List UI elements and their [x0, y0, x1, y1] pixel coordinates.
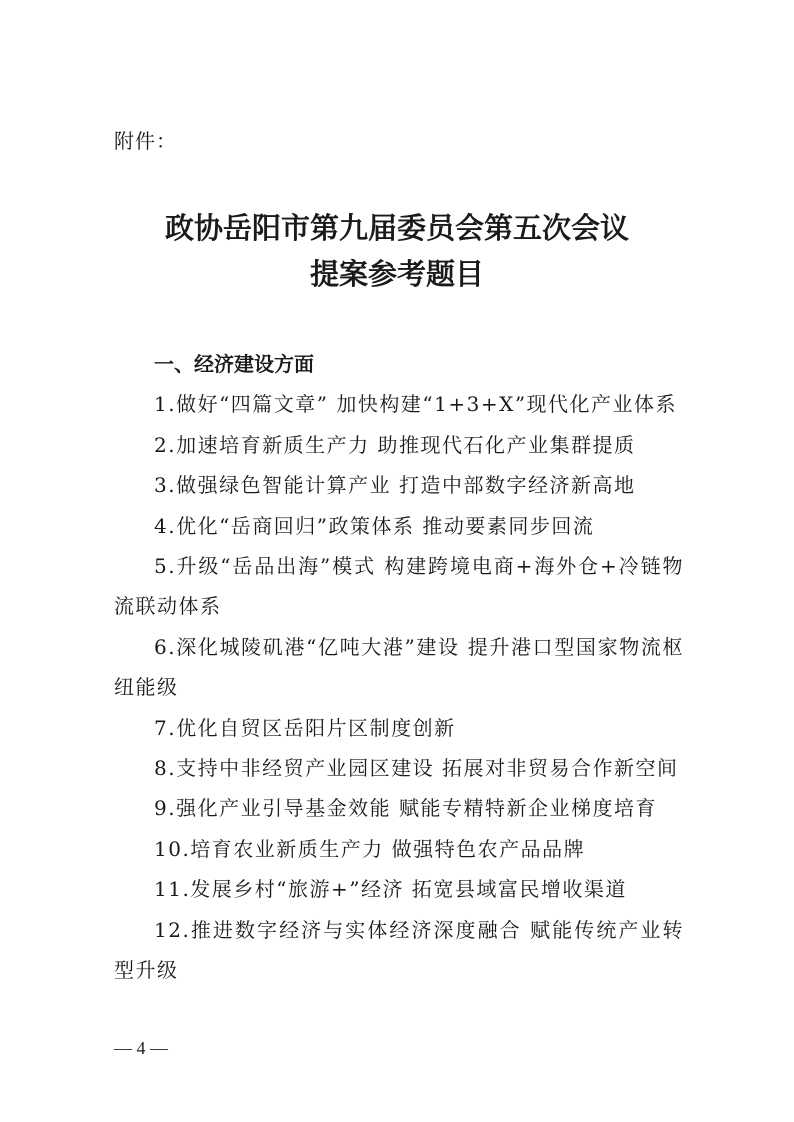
list-item: 7.优化自贸区岳阳片区制度创新 — [114, 708, 684, 748]
list-item: 5.升级“岳品出海”模式 构建跨境电商+海外仓+冷链物流联动体系 — [114, 546, 684, 627]
document-body: 一、经济建设方面 1.做好“四篇文章” 加快构建“1+3+X”现代化产业体系 2… — [114, 344, 684, 991]
list-item: 3.做强绿色智能计算产业 打造中部数字经济新高地 — [114, 465, 684, 505]
document-title-line-2: 提案参考题目 — [0, 254, 794, 294]
list-item: 12.推进数字经济与实体经济深度融合 赋能传统产业转型升级 — [114, 910, 684, 991]
list-item: 4.优化“岳商回归”政策体系 推动要素同步回流 — [114, 506, 684, 546]
document-page: 附件： 政协岳阳市第九届委员会第五次会议 提案参考题目 一、经济建设方面 1.做… — [0, 0, 794, 1122]
list-item: 10.培育农业新质生产力 做强特色农产品品牌 — [114, 829, 684, 869]
attachment-label: 附件： — [114, 126, 177, 156]
list-item: 9.强化产业引导基金效能 赋能专精特新企业梯度培育 — [114, 788, 684, 828]
list-item: 8.支持中非经贸产业园区建设 拓展对非贸易合作新空间 — [114, 748, 684, 788]
list-item: 1.做好“四篇文章” 加快构建“1+3+X”现代化产业体系 — [114, 384, 684, 424]
document-title-line-1: 政协岳阳市第九届委员会第五次会议 — [0, 208, 794, 248]
page-number: — 4 — — [114, 1038, 168, 1059]
list-item: 11.发展乡村“旅游+”经济 拓宽县域富民增收渠道 — [114, 869, 684, 909]
list-item: 6.深化城陵矶港“亿吨大港”建设 提升港口型国家物流枢纽能级 — [114, 627, 684, 708]
section-heading: 一、经济建设方面 — [114, 344, 684, 384]
list-item: 2.加速培育新质生产力 助推现代石化产业集群提质 — [114, 425, 684, 465]
